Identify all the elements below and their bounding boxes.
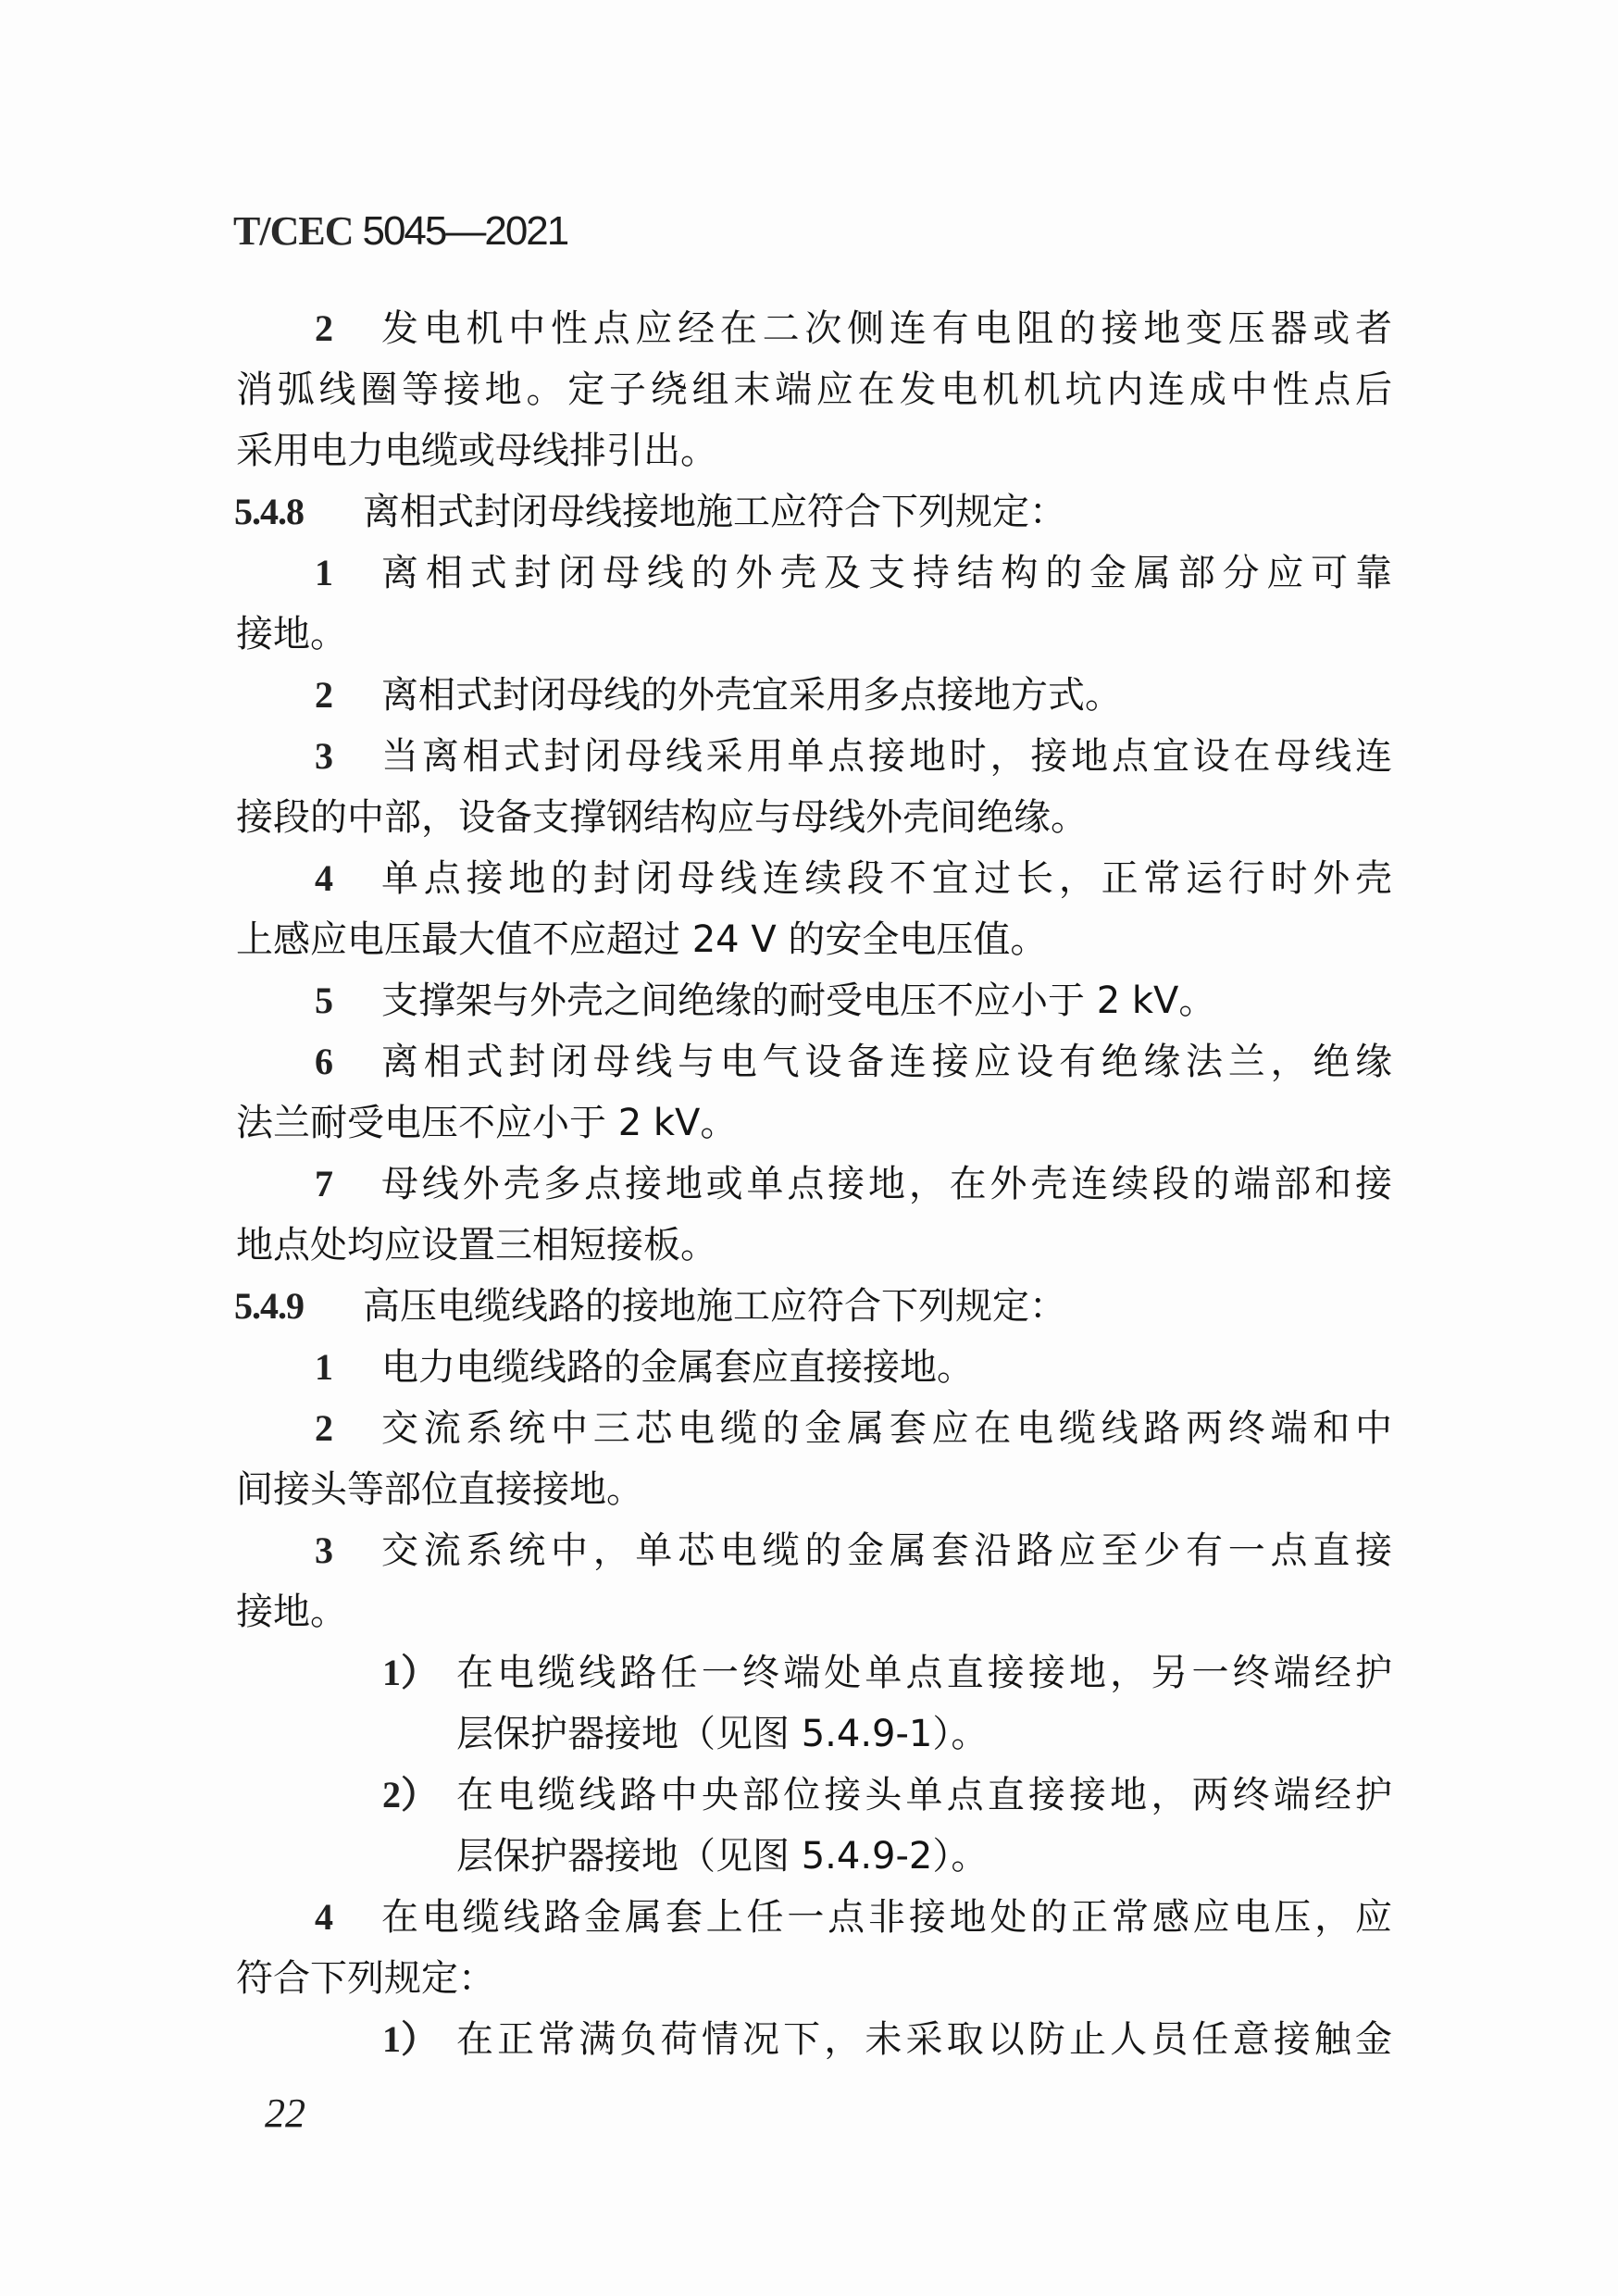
subitem-number: 1） [382, 1642, 438, 1703]
paragraph-line: 在正常满负荷情况下，未采取以防止人员任意接触金 [456, 2009, 1392, 2070]
paragraph-line: 离相式封闭母线的外壳及支持结构的金属部分应可靠 [381, 543, 1392, 604]
paragraph-line: 当离相式封闭母线采用单点接地时，接地点宜设在母线连 [381, 726, 1392, 787]
item-number: 4 [315, 848, 333, 909]
item-number: 2 [315, 665, 333, 726]
paragraph-line: 上感应电压最大值不应超过 24 V 的安全电压值。 [236, 909, 1047, 970]
paragraph-line: 法兰耐受电压不应小于 2 kV。 [236, 1092, 737, 1154]
page-number: 22 [265, 2090, 305, 2137]
item-number: 1 [315, 543, 333, 604]
item-number: 2 [315, 298, 333, 359]
standard-prefix: T/CEC [233, 208, 353, 254]
item-number: 6 [315, 1031, 333, 1092]
paragraph-line: 母线外壳多点接地或单点接地，在外壳连续段的端部和接 [381, 1154, 1392, 1215]
item-number: 2 [315, 1398, 333, 1459]
clause-title: 离相式封闭母线接地施工应符合下列规定： [363, 481, 1066, 543]
paragraph-line: 离相式封闭母线与电气设备连接应设有绝缘法兰，绝缘 [381, 1031, 1392, 1092]
paragraph-line: 在电缆线路金属套上任一点非接地处的正常感应电压，应 [381, 1887, 1392, 1948]
paragraph-line: 符合下列规定： [236, 1948, 495, 2009]
paragraph-line: 地点处均应设置三相短接板。 [236, 1215, 717, 1276]
paragraph-line: 单点接地的封闭母线连续段不宜过长，正常运行时外壳 [381, 848, 1392, 909]
paragraph-line: 接地。 [236, 1581, 347, 1642]
paragraph-line: 层保护器接地（见图 5.4.9-1）。 [456, 1703, 988, 1765]
item-number: 4 [315, 1887, 333, 1948]
subitem-number: 1） [382, 2009, 438, 2070]
item-number: 7 [315, 1154, 333, 1215]
paragraph-line: 消弧线圈等接地。定子绕组末端应在发电机机坑内连成中性点后 [236, 359, 1392, 420]
paragraph-line: 采用电力电缆或母线排引出。 [236, 420, 717, 481]
paragraph-line: 接地。 [236, 604, 347, 665]
standard-number: 5045—2021 [362, 208, 567, 254]
item-number: 3 [315, 726, 333, 787]
paragraph-line: 离相式封闭母线的外壳宜采用多点接地方式。 [381, 665, 1122, 726]
paragraph-line: 发电机中性点应经在二次侧连有电阻的接地变压器或者 [381, 298, 1392, 359]
paragraph-line: 交流系统中，单芯电缆的金属套沿路应至少有一点直接 [381, 1520, 1392, 1581]
paragraph-line: 接段的中部，设备支撑钢结构应与母线外壳间绝缘。 [236, 787, 1088, 848]
paragraph-line: 间接头等部位直接接地。 [236, 1459, 643, 1520]
clause-title: 高压电缆线路的接地施工应符合下列规定： [363, 1276, 1066, 1337]
standard-code-header: T/CEC 5045—2021 [233, 209, 567, 254]
subitem-number: 2） [382, 1765, 438, 1826]
paragraph-line: 在电缆线路中央部位接头单点直接接地，两终端经护 [456, 1765, 1392, 1826]
document-page: T/CEC 5045—2021 2 发电机中性点应经在二次侧连有电阻的接地变压器… [0, 0, 1618, 2296]
clause-number: 5.4.8 [234, 481, 304, 543]
paragraph-line: 电力电缆线路的金属套应直接接地。 [381, 1337, 974, 1398]
paragraph-line: 交流系统中三芯电缆的金属套应在电缆线路两终端和中 [381, 1398, 1392, 1459]
item-number: 3 [315, 1520, 333, 1581]
clause-number: 5.4.9 [234, 1276, 304, 1337]
paragraph-line: 层保护器接地（见图 5.4.9-2）。 [456, 1826, 988, 1887]
paragraph-line: 在电缆线路任一终端处单点直接接地，另一终端经护 [456, 1642, 1392, 1703]
paragraph-line: 支撑架与外壳之间绝缘的耐受电压不应小于 2 kV。 [381, 970, 1215, 1031]
item-number: 1 [315, 1337, 333, 1398]
item-number: 5 [315, 970, 333, 1031]
